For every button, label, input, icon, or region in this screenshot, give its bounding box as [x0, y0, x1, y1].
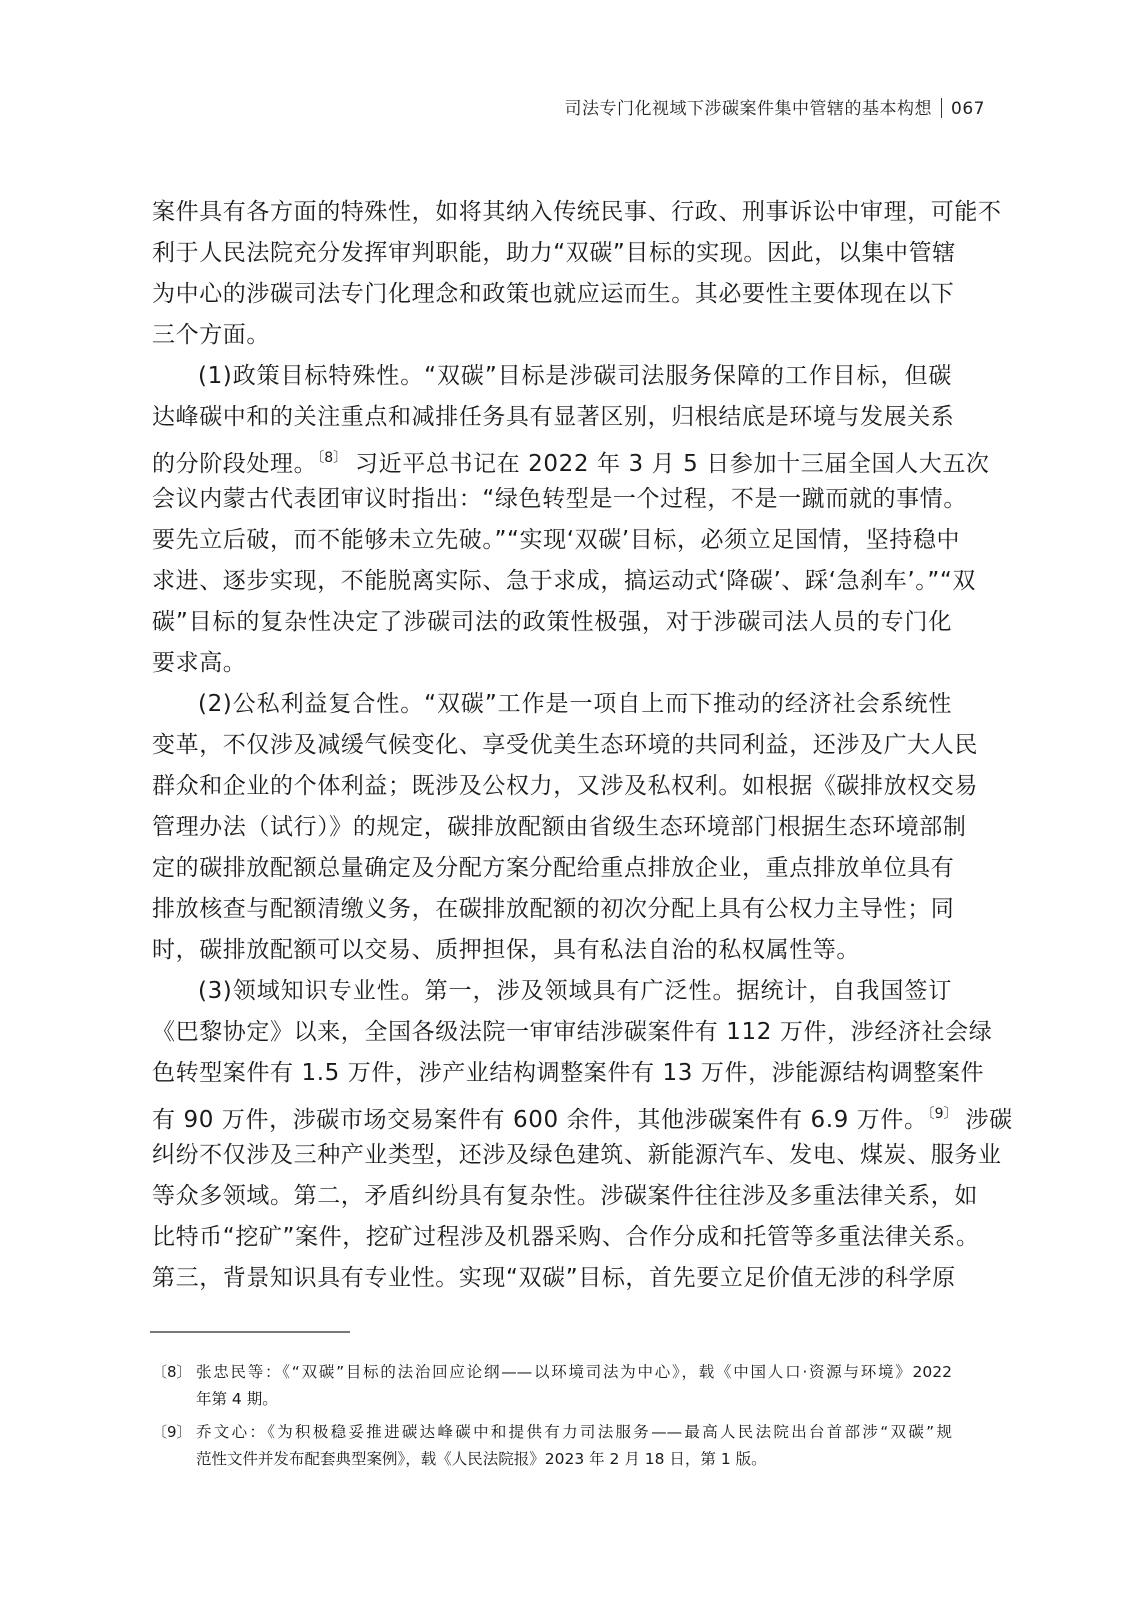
text-line: 群众和企业的个体利益；既涉及公权力，又涉及私权利。如根据《碳排放权交易: [152, 766, 952, 807]
text-segment: 有 90 万件，涉碳市场交易案件有 600 余件，其他涉碳案件有 6.9 万件。: [152, 1107, 928, 1133]
footnote-divider: [150, 1331, 350, 1333]
paragraph-public-private-interest: (2)公私利益复合性。“双碳”工作是一项自上而下推动的经济社会系统性 变革，不仅…: [152, 684, 952, 971]
running-title: 司法专门化视域下涉碳案件集中管辖的基本构想: [565, 99, 933, 119]
body-text: 案件具有各方面的特殊性，如将其纳入传统民事、行政、刑事诉讼中审理，可能不 利于人…: [152, 192, 952, 1299]
text-line: 时，碳排放配额可以交易、质押担保，具有私法自治的私权属性等。: [152, 930, 952, 971]
text-line: 管理办法（试行）》的规定，碳排放配额由省级生态环境部门根据生态环境部制: [152, 807, 952, 848]
text-line: 利于人民法院充分发挥审判职能，助力“双碳”目标的实现。因此，以集中管辖: [152, 233, 952, 274]
footnote-number: 〔8〕: [152, 1359, 192, 1386]
text-line: 为中心的涉碳司法专门化理念和政策也就应运而生。其必要性主要体现在以下: [152, 274, 952, 315]
text-line: (1)政策目标特殊性。“双碳”目标是涉碳司法服务保障的工作目标，但碳: [152, 356, 952, 397]
text-line: 纠纷不仅涉及三种产业类型，还涉及绿色建筑、新能源汽车、发电、煤炭、服务业: [152, 1135, 952, 1176]
footnotes: 〔8〕 张忠民等：《“双碳”目标的法治回应论纲——以环境司法为中心》，载《中国人…: [152, 1359, 952, 1479]
text-line: 色转型案件有 1.5 万件，涉产业结构调整案件有 13 万件，涉能源结构调整案件: [152, 1053, 952, 1094]
text-line: 案件具有各方面的特殊性，如将其纳入传统民事、行政、刑事诉讼中审理，可能不: [152, 192, 952, 233]
text-line: 要先立后破，而不能够未立先破。”“实现‘双碳’目标，必须立足国情，坚持稳中: [152, 520, 952, 561]
text-line: 有 90 万件，涉碳市场交易案件有 600 余件，其他涉碳案件有 6.9 万件。…: [152, 1094, 952, 1135]
text-segment: 的分阶段处理。: [152, 451, 317, 477]
text-line: (2)公私利益复合性。“双碳”工作是一项自上而下推动的经济社会系统性: [152, 684, 952, 725]
text-line: 达峰碳中和的关注重点和减排任务具有显著区别，归根结底是环境与发展关系: [152, 397, 952, 438]
running-head: 司法专门化视域下涉碳案件集中管辖的基本构想067: [565, 94, 985, 119]
footnote-9: 〔9〕 乔文心：《为积极稳妥推进碳达峰碳中和提供有力司法服务——最高人民法院出台…: [152, 1419, 952, 1473]
text-line: (3)领域知识专业性。第一，涉及领域具有广泛性。据统计，自我国签订: [152, 971, 952, 1012]
text-line: 排放核查与配额清缴义务，在碳排放配额的初次分配上具有公权力主导性；同: [152, 889, 952, 930]
text-line: 要求高。: [152, 643, 952, 684]
text-line: 三个方面。: [152, 315, 952, 356]
paragraph: 案件具有各方面的特殊性，如将其纳入传统民事、行政、刑事诉讼中审理，可能不 利于人…: [152, 192, 952, 356]
footnote-line: 范性文件并发布配套典型案例》，载《人民法院报》2023 年 2 月 18 日，第…: [196, 1446, 952, 1473]
text-line: 第三，背景知识具有专业性。实现“双碳”目标，首先要立足价值无涉的科学原: [152, 1258, 952, 1299]
footnote-line: 张忠民等：《“双碳”目标的法治回应论纲——以环境司法为中心》，载《中国人口·资源…: [196, 1359, 952, 1386]
text-line: 定的碳排放配额总量确定及分配方案分配给重点排放企业，重点排放单位具有: [152, 848, 952, 889]
footnote-ref-8[interactable]: 〔8〕: [317, 450, 347, 466]
text-segment: 习近平总书记在 2022 年 3 月 5 日参加十三届全国人大五次: [355, 451, 989, 477]
text-line: 变革，不仅涉及减缓气候变化、享受优美生态环境的共同利益，还涉及广大人民: [152, 725, 952, 766]
footnote-number: 〔9〕: [152, 1419, 192, 1446]
text-line: 求进、逐步实现，不能脱离实际、急于求成，搞运动式‘降碳’、踩‘急刹车’。”“双: [152, 561, 952, 602]
paragraph-domain-knowledge: (3)领域知识专业性。第一，涉及领域具有广泛性。据统计，自我国签订 《巴黎协定》…: [152, 971, 952, 1299]
footnote-8: 〔8〕 张忠民等：《“双碳”目标的法治回应论纲——以环境司法为中心》，载《中国人…: [152, 1359, 952, 1413]
text-line: 等众多领域。第二，矛盾纠纷具有复杂性。涉碳案件往往涉及多重法律关系，如: [152, 1176, 952, 1217]
footnote-line: 乔文心：《为积极稳妥推进碳达峰碳中和提供有力司法服务——最高人民法院出台首部涉“…: [196, 1419, 952, 1446]
header-separator: [941, 98, 942, 118]
text-line: 的分阶段处理。〔8〕 习近平总书记在 2022 年 3 月 5 日参加十三届全国…: [152, 438, 952, 479]
text-segment: 涉碳: [965, 1107, 1012, 1133]
text-line: 会议内蒙古代表团审议时指出：“绿色转型是一个过程，不是一蹴而就的事情。: [152, 479, 952, 520]
text-line: 《巴黎协定》以来，全国各级法院一审审结涉碳案件有 112 万件，涉经济社会绿: [152, 1012, 952, 1053]
footnote-line: 年第 4 期。: [196, 1386, 952, 1413]
text-line: 碳”目标的复杂性决定了涉碳司法的政策性极强，对于涉碳司法人员的专门化: [152, 602, 952, 643]
text-line: 比特币“挖矿”案件，挖矿过程涉及机器采购、合作分成和托管等多重法律关系。: [152, 1217, 952, 1258]
paragraph-policy-goal: (1)政策目标特殊性。“双碳”目标是涉碳司法服务保障的工作目标，但碳 达峰碳中和…: [152, 356, 952, 684]
page-number: 067: [951, 99, 985, 119]
footnote-ref-9[interactable]: 〔9〕: [928, 1106, 958, 1122]
